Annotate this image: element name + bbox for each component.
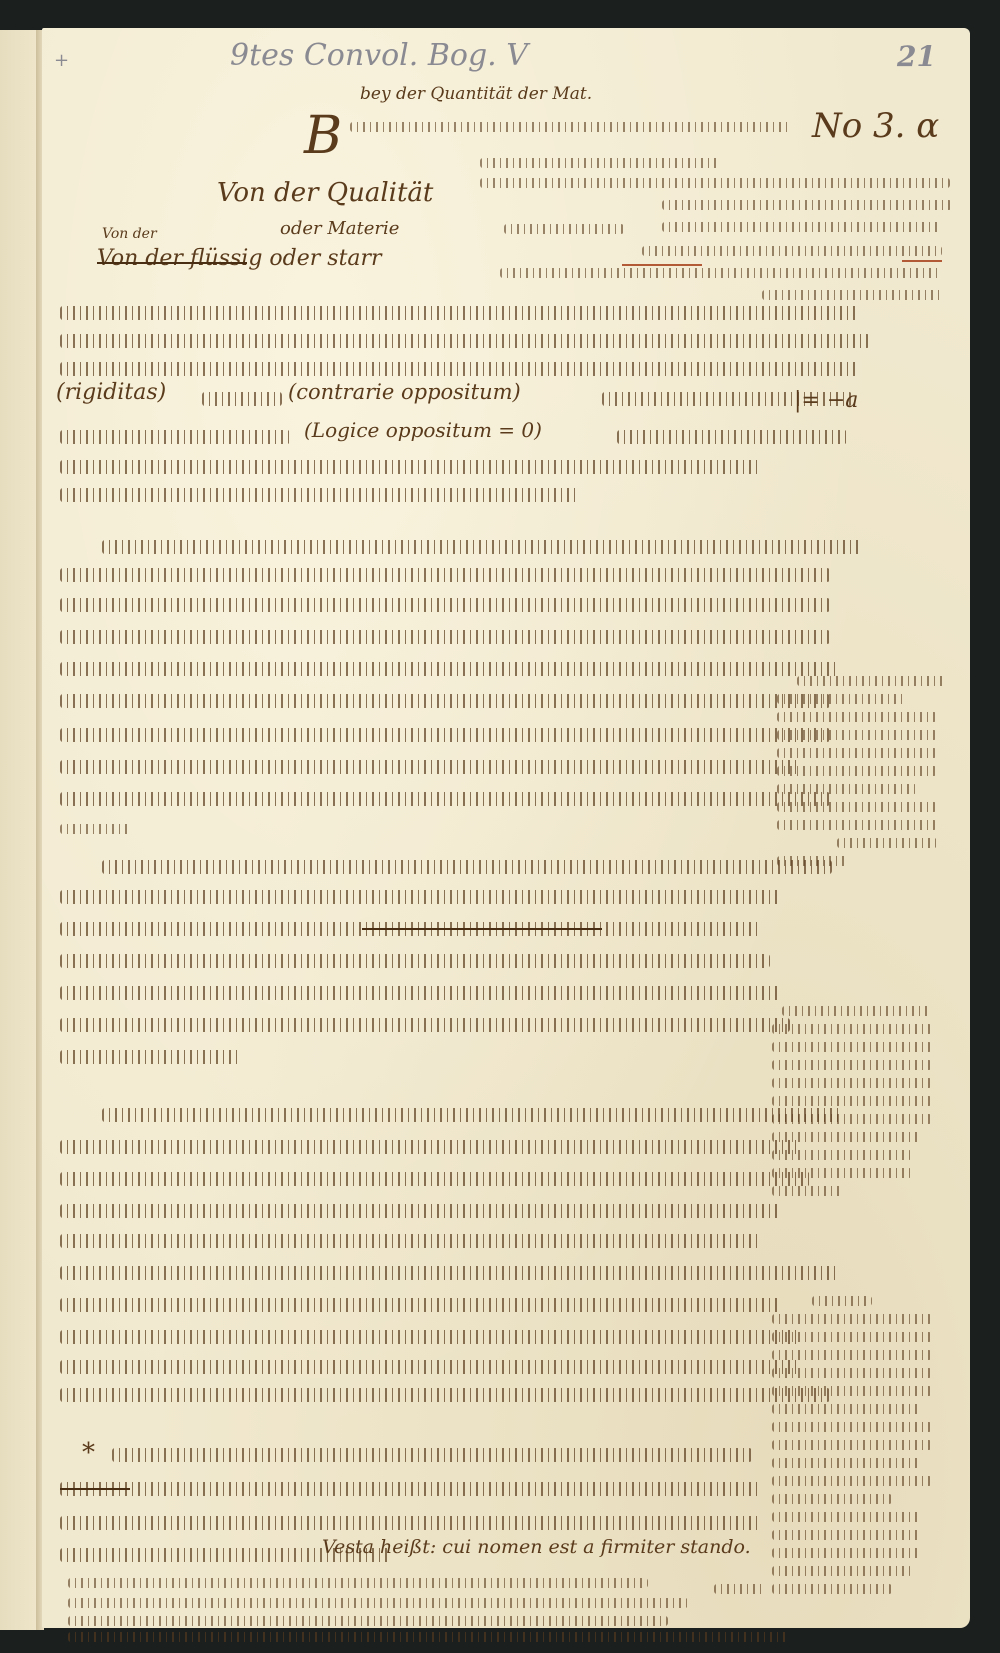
text-line	[60, 728, 830, 742]
closing-latin: Vesta heißt: cui nomen est a firmiter st…	[322, 1536, 751, 1558]
text-line	[60, 824, 130, 834]
title-line: bey der Quantität der Mat.	[360, 84, 592, 104]
formula-margin: |= −a	[794, 388, 858, 413]
text-line	[60, 1266, 840, 1280]
adjacent-page-edge	[0, 30, 40, 1630]
upper-note-line	[762, 290, 942, 300]
text-line	[60, 598, 830, 612]
strikethrough	[362, 928, 602, 930]
upper-note-line	[500, 268, 940, 278]
upper-note-line	[662, 200, 952, 210]
plus-mark: +	[54, 50, 69, 71]
text-line	[60, 1388, 830, 1402]
margin-note-3	[772, 1288, 952, 1602]
footnote-line	[60, 1482, 760, 1496]
bottom-note-line	[68, 1578, 648, 1588]
text-line	[202, 392, 282, 406]
upper-note-line	[642, 246, 942, 256]
rigiditas-phrase: (rigiditas)	[56, 380, 166, 405]
text-line	[60, 954, 770, 968]
heading: Von der Qualität	[217, 178, 433, 208]
text-line	[60, 1234, 760, 1248]
contrarie-phrase: (contrarie oppositum)	[288, 380, 521, 404]
upper-note-line	[662, 222, 942, 232]
manuscript-page: 9tes Convol. Bog. V 21 + bey der Quantit…	[42, 28, 970, 1628]
text-line	[60, 986, 780, 1000]
text-line	[617, 430, 847, 444]
text-line	[60, 760, 800, 774]
section-letter: B	[304, 106, 342, 166]
text-line	[60, 1204, 780, 1218]
logice-phrase: (Logice oppositum = 0)	[304, 418, 542, 442]
red-underline	[622, 264, 702, 266]
upper-note-line	[480, 158, 720, 168]
text-line	[60, 792, 830, 806]
bottom-note-line	[68, 1598, 688, 1608]
text-line	[60, 1330, 800, 1344]
upper-note-line	[480, 178, 950, 188]
text-line	[60, 306, 860, 320]
subheading-insert: oder Materie	[280, 218, 399, 239]
text-line	[60, 1172, 810, 1186]
text-line	[60, 362, 860, 376]
strikethrough	[97, 262, 247, 264]
sheet-label: No 3. α	[812, 106, 939, 146]
red-underline	[902, 260, 942, 262]
text-line	[102, 1108, 842, 1122]
archive-header: 9tes Convol. Bog. V	[230, 38, 528, 73]
footnote-line	[112, 1448, 752, 1462]
text-line	[60, 630, 830, 644]
subheading-insert: Von der	[102, 226, 157, 242]
section-subtitle	[350, 122, 790, 132]
text-line	[60, 488, 580, 502]
subheading: Von der flüssig oder starr	[97, 246, 382, 271]
margin-note-2	[772, 998, 952, 1204]
text-line	[60, 662, 840, 676]
margin-note-1	[777, 668, 957, 874]
text-line	[60, 1360, 800, 1374]
upper-note-line	[504, 224, 624, 234]
text-line	[60, 460, 760, 474]
text-line	[60, 430, 290, 444]
text-line	[60, 568, 830, 582]
footnote-line	[60, 1516, 760, 1530]
footnote-marker: *	[82, 1438, 95, 1468]
text-line	[60, 1050, 240, 1064]
bottom-note-line	[68, 1616, 668, 1626]
text-line	[102, 860, 832, 874]
strikethrough	[60, 1488, 130, 1490]
bottom-note-line	[714, 1584, 764, 1594]
text-line	[60, 1018, 790, 1032]
text-line	[60, 334, 870, 348]
text-line	[60, 890, 780, 904]
text-line	[102, 540, 862, 554]
page-number: 21	[897, 40, 936, 73]
text-line	[60, 1140, 800, 1154]
text-line	[60, 694, 830, 708]
bottom-note-line	[68, 1632, 788, 1642]
text-line	[60, 1298, 780, 1312]
